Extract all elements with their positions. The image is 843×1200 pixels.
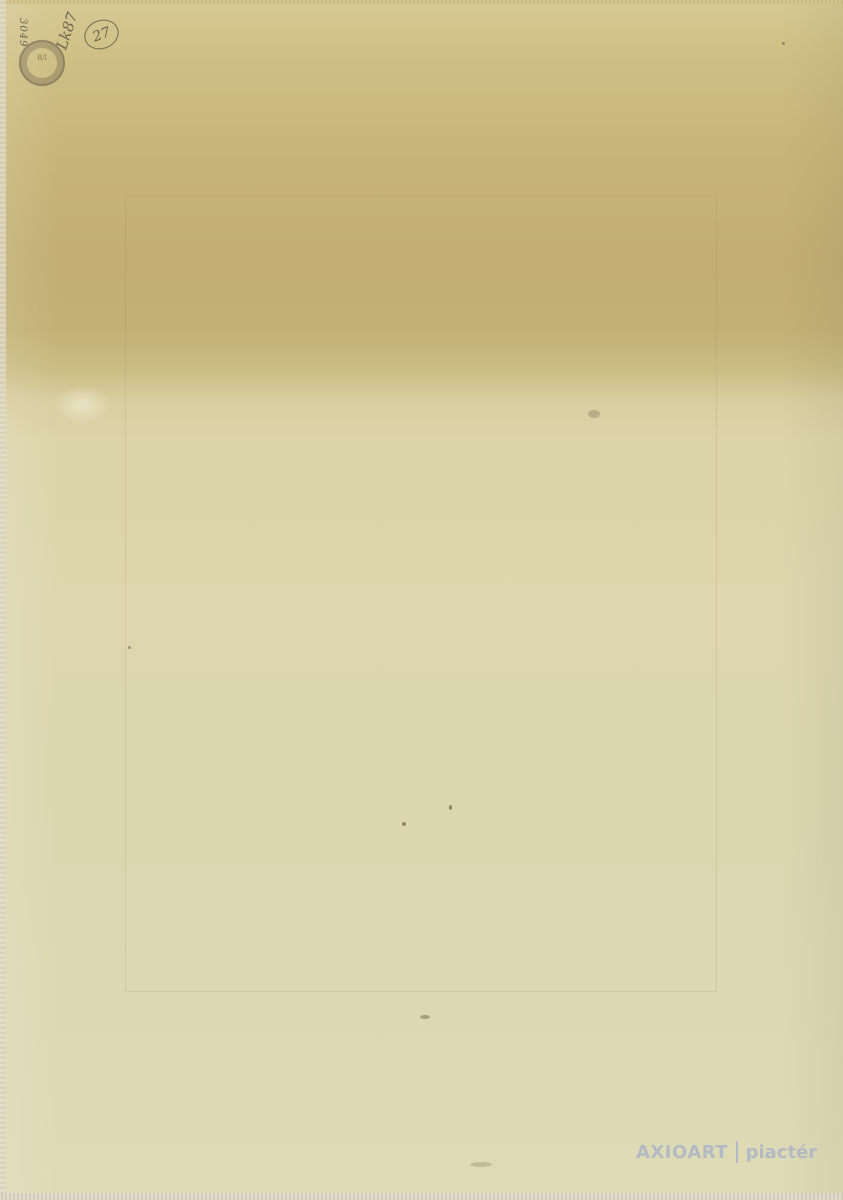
watermark-brand: AXIOART <box>636 1142 728 1163</box>
watermark-separator <box>736 1141 738 1163</box>
foxing-spot <box>449 805 452 810</box>
paper-left-edge <box>0 0 6 1200</box>
foxing-spot <box>128 646 131 649</box>
paper-stain <box>52 385 112 425</box>
pencil-inventory-number: 3049 <box>17 18 28 47</box>
foxing-spot <box>420 1015 430 1019</box>
paper-top-edge <box>0 0 843 4</box>
stamp-text: B/I <box>33 54 51 72</box>
watermark-subtitle: piactér <box>746 1142 818 1163</box>
foxing-spot <box>470 1162 492 1167</box>
circled-number-text: 27 <box>90 24 112 45</box>
watermark: AXIOART piactér <box>636 1139 817 1165</box>
foxing-spot <box>402 822 406 826</box>
foxing-spot <box>588 410 600 418</box>
paper-back <box>0 0 843 1200</box>
paper-bottom-edge <box>0 1193 843 1200</box>
foxing-spot <box>782 42 785 45</box>
